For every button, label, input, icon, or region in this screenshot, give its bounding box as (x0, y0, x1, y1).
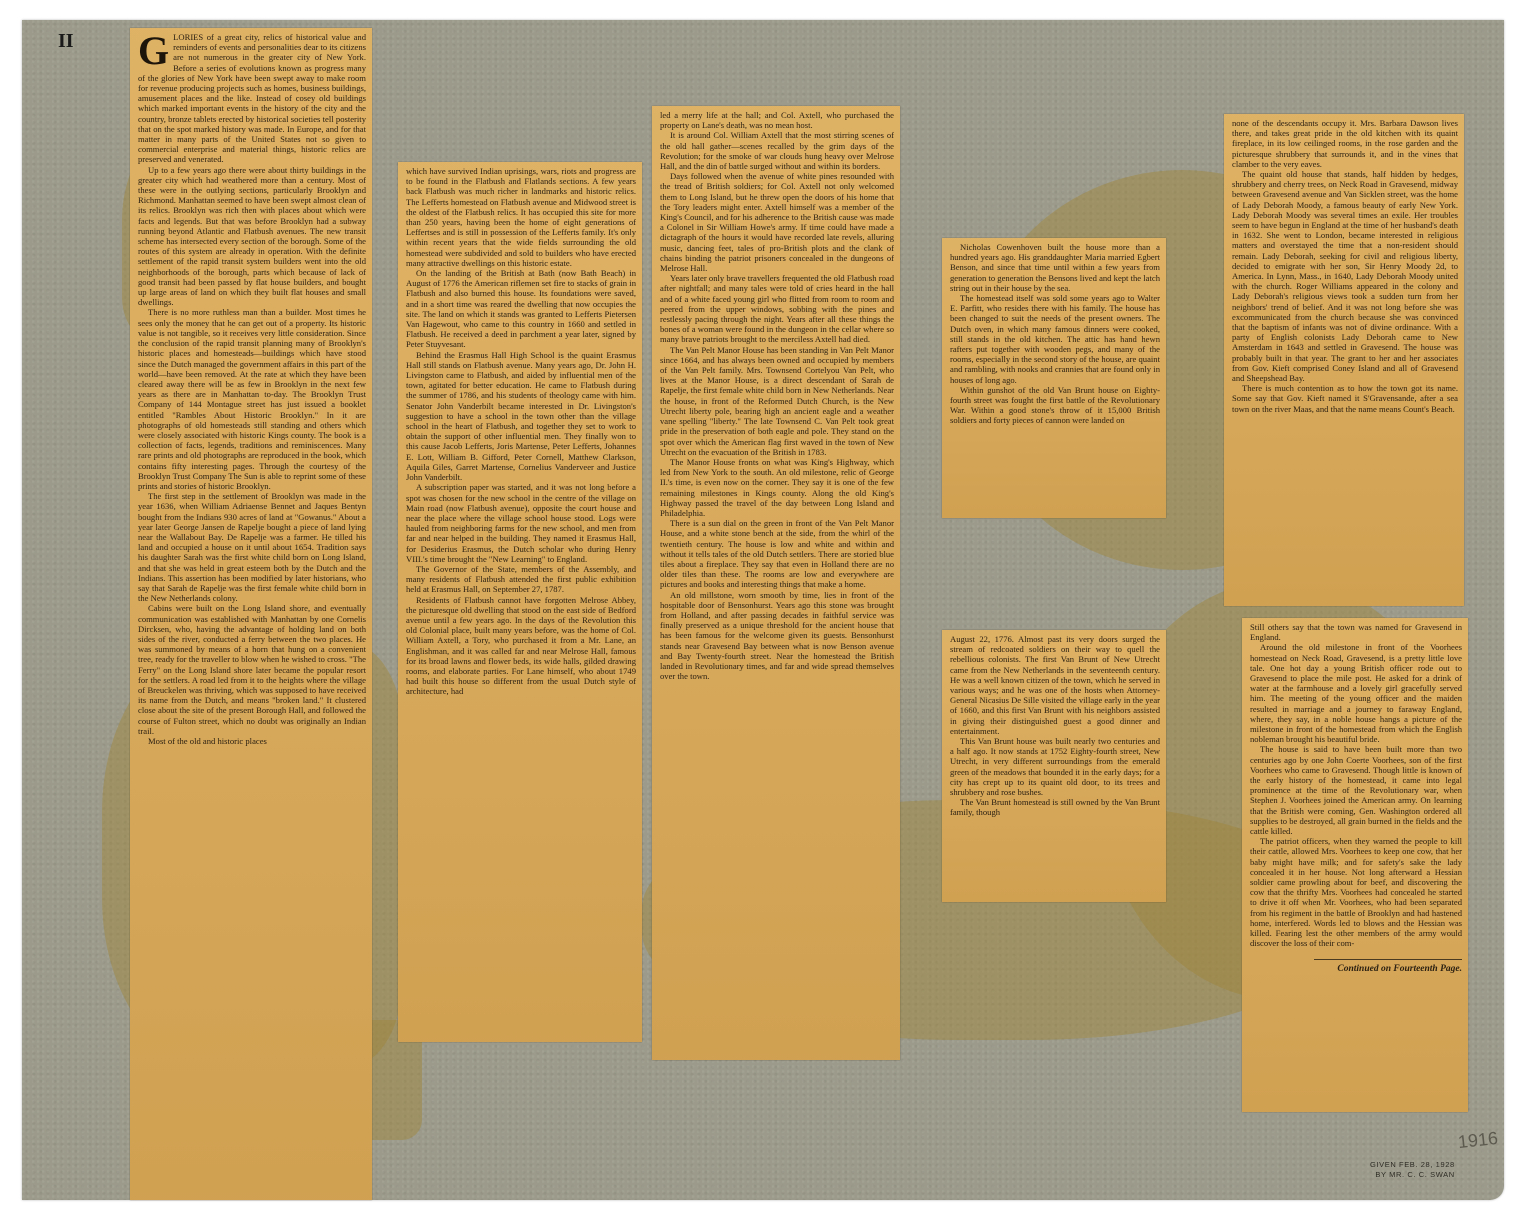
clipping-column-4-lower: August 22, 1776. Almost past its very do… (942, 630, 1166, 902)
paragraph: There is no more ruthless man than a bui… (138, 307, 366, 491)
paragraph: Cabins were built on the Long Island sho… (138, 603, 366, 736)
pencil-annotation: 1916 (1457, 1128, 1499, 1153)
paragraph: Within gunshot of the old Van Brunt hous… (950, 385, 1160, 426)
paragraph: The Van Pelt Manor House has been standi… (660, 345, 894, 457)
paragraph: which have survived Indian uprisings, wa… (406, 166, 636, 268)
clipping-column-5-lower: Still others say that the town was named… (1242, 618, 1468, 1112)
paragraph: The homestead itself was sold some years… (950, 293, 1160, 385)
paragraph: Years later only brave travellers freque… (660, 273, 894, 344)
paragraph: Still others say that the town was named… (1250, 622, 1462, 642)
paragraph: The Governor of the State, members of th… (406, 564, 636, 595)
clipping-column-4-upper: Nicholas Cowenhoven built the house more… (942, 238, 1166, 518)
paragraph: There is a sun dial on the green in fron… (660, 518, 894, 589)
clipping-column-2: which have survived Indian uprisings, wa… (398, 162, 642, 1042)
donation-stamp: GIVEN FEB. 28, 1928 BY MR. C. C. SWAN (1370, 1160, 1455, 1180)
paragraph: A subscription paper was started, and it… (406, 482, 636, 564)
paragraph: The quaint old house that stands, half h… (1232, 169, 1458, 383)
paragraph: This Van Brunt house was built nearly tw… (950, 736, 1160, 797)
paragraph: Residents of Flatbush cannot have forgot… (406, 595, 636, 697)
paragraph: The first step in the settlement of Broo… (138, 491, 366, 603)
paragraph: Most of the old and historic places (138, 736, 366, 746)
paragraph: The Manor House fronts on what was King'… (660, 457, 894, 518)
paragraph: Nicholas Cowenhoven built the house more… (950, 242, 1160, 293)
stamp-line: BY MR. C. C. SWAN (1370, 1170, 1455, 1180)
continued-note: Continued on Fourteenth Page. (1314, 959, 1462, 974)
paragraph: none of the descendants occupy it. Mrs. … (1232, 118, 1458, 169)
clipping-column-5-upper: none of the descendants occupy it. Mrs. … (1224, 114, 1464, 606)
clipping-column-1: G LORIES of a great city, relics of hist… (130, 28, 372, 1200)
paragraph: Days followed when the avenue of white p… (660, 171, 894, 273)
paragraph: The Van Brunt homestead is still owned b… (950, 797, 1160, 817)
paragraph: Around the old milestone in front of the… (1250, 642, 1462, 744)
clipping-column-3: led a merry life at the hall; and Col. A… (652, 106, 900, 1060)
drop-cap: G (138, 34, 169, 68)
paragraph: Behind the Erasmus Hall High School is t… (406, 350, 636, 483)
paragraph: On the landing of the British at Bath (n… (406, 268, 636, 350)
paragraph: It is around Col. William Axtell that th… (660, 130, 894, 171)
paragraph: The house is said to have been built mor… (1250, 744, 1462, 836)
paragraph: There is much contention as to how the t… (1232, 383, 1458, 414)
paragraph: An old millstone, worn smooth by time, l… (660, 590, 894, 682)
stamp-line: GIVEN FEB. 28, 1928 (1370, 1160, 1455, 1170)
paragraph: August 22, 1776. Almost past its very do… (950, 634, 1160, 736)
paragraph: led a merry life at the hall; and Col. A… (660, 110, 894, 130)
paragraph: The patriot officers, when they warned t… (1250, 836, 1462, 948)
paragraph: LORIES of a great city, relics of histor… (138, 32, 366, 165)
paragraph: Up to a few years ago there were about t… (138, 165, 366, 308)
plate-number: II (58, 30, 74, 53)
